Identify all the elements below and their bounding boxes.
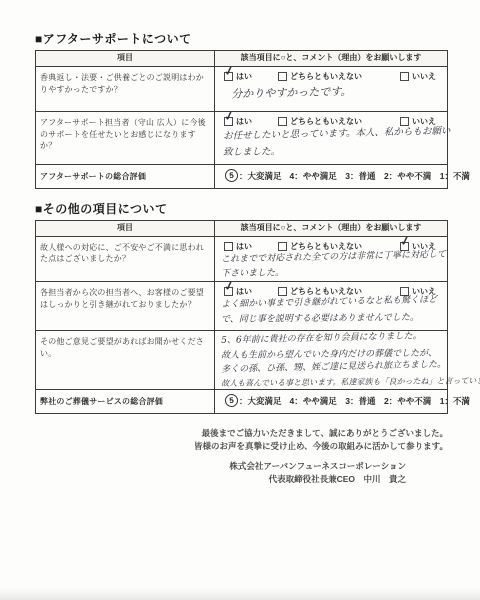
question-text: アフターサポート担当者（守山 広人）に今後のサポートを任せたいとお感じになります… — [36, 112, 214, 157]
company-name: 株式会社アーバンフューネスコーポレーション — [35, 460, 406, 473]
other-items-table: 項目 該当項目に○と、コメント（理由）をお願いします 故人様への対応に、ご不安や… — [35, 220, 448, 414]
option-yes-label: はい — [236, 241, 252, 252]
rating-scale: 5：大変満足4：やや満足 3：普通 2：やや不満 1：不満 — [215, 165, 447, 185]
rating-scale: 5：大変満足4：やや満足 3：普通 2：やや不満 1：不満 — [215, 390, 447, 410]
rating-row-after-support: アフターサポートの総合評価 5：大変満足4：やや満足 3：普通 2：やや不満 1… — [36, 165, 448, 189]
page-content: ■アフターサポートについて 項目 該当項目に○と、コメント（理由）をお願いします… — [0, 0, 480, 486]
handwritten-comment-line4: 故人も喜んでいる事と思います。私達家族も「良かったね」と言っています。 — [215, 375, 447, 390]
rating-5-label: ：大変満足 — [239, 170, 282, 182]
table-header-row: 項目 該当項目に○と、コメント（理由）をお願いします — [36, 220, 448, 236]
column-header-instruction: 該当項目に○と、コメント（理由）をお願いします — [215, 51, 448, 67]
thanks-line-1: 最後までご協力いただきまして、誠にありがとうございました。 — [35, 427, 448, 440]
rating-other-options: 4：やや満足 3：普通 2：やや不満 1：不満 — [290, 395, 470, 407]
checkbox-yes-checked: ✓ — [224, 117, 233, 126]
handwritten-comment-line2: で、同じ事を説明する必要はありませんでした。 — [215, 309, 447, 326]
question-text: 各担当者から次の担当者へ、お客様のご要望はしっかりと引き継がれておりましたか？ — [36, 282, 214, 315]
question-row-handover: 各担当者から次の担当者へ、お客様のご要望はしっかりと引き継がれておりましたか？ … — [36, 281, 448, 330]
column-header-instruction: 該当項目に○と、コメント（理由）をお願いします — [215, 220, 448, 236]
section-title-after-support: ■アフターサポートについて — [35, 30, 448, 47]
question-row-entrust-support: アフターサポート担当者（守山 広人）に今後のサポートを任せたいとお感じになります… — [36, 112, 448, 165]
question-row-deceased-care: 故人様への対応に、ご不安やご不満に思われた点はございましたか？ はい どちらとも… — [36, 236, 448, 281]
handwritten-comment: 分かりやすかったです。 — [215, 77, 447, 103]
checkbox-yes — [224, 242, 233, 251]
question-row-free-comments: その他ご意見ご要望があればお聞かせください。 5、6年前に貴社の存在を知り会員に… — [36, 330, 448, 389]
rating-5-label: ：大変満足 — [239, 395, 282, 407]
handwritten-comment-line2: 下さいました。 — [215, 264, 447, 281]
closing-message: 最後までご協力いただきまして、誠にありがとうございました。 皆様のお声を真摯に受… — [35, 427, 448, 486]
ceo-signature: 代表取締役社長兼CEO 中川 貴之 — [35, 473, 406, 486]
question-row-explanation: 香典返し・法要・ご供養ごとのご説明はわかりやすかったですか？ ✓ はい どちらと… — [36, 67, 448, 112]
circled-rating-5: 5 — [225, 169, 239, 183]
check-mark-icon: ✓ — [399, 234, 411, 248]
column-header-item: 項目 — [36, 51, 215, 67]
section-title-other-items: ■その他の項目について — [35, 200, 448, 217]
checkbox-neutral — [278, 242, 287, 251]
option-yes: はい — [224, 241, 252, 252]
check-mark-icon: ✓ — [223, 64, 235, 78]
rating-label: アフターサポートの総合評価 — [36, 165, 214, 188]
question-text: 香典返し・法要・ご供養ごとのご説明はわかりやすかったですか？ — [36, 67, 214, 100]
rating-label: 弊社のご葬儀サービスの総合評価 — [36, 390, 214, 413]
thanks-line-2: 皆様のお声を真摯に受け止め、今後の取組みに活かして参ります。 — [35, 440, 448, 453]
check-mark-icon: ✓ — [223, 109, 235, 123]
checkbox-yes-checked: ✓ — [224, 287, 233, 296]
circled-rating-5: 5 — [225, 394, 239, 408]
column-header-item: 項目 — [36, 220, 215, 236]
handwritten-comment-line2: 致しました。 — [215, 141, 447, 160]
question-text: その他ご意見ご要望があればお聞かせください。 — [36, 331, 214, 364]
question-text: 故人様への対応に、ご不安やご不満に思われた点はございましたか？ — [36, 237, 214, 270]
check-mark-icon: ✓ — [223, 279, 235, 293]
rating-other-options: 4：やや満足 3：普通 2：やや不満 1：不満 — [290, 170, 470, 182]
checkbox-yes-checked: ✓ — [224, 72, 233, 81]
rating-row-funeral-service: 弊社のご葬儀サービスの総合評価 5：大変満足4：やや満足 3：普通 2：やや不満… — [36, 390, 448, 414]
after-support-table: 項目 該当項目に○と、コメント（理由）をお願いします 香典返し・法要・ご供養ごと… — [35, 50, 448, 189]
scanned-survey-page: ■アフターサポートについて 項目 該当項目に○と、コメント（理由）をお願いします… — [0, 0, 480, 600]
table-header-row: 項目 該当項目に○と、コメント（理由）をお願いします — [36, 51, 448, 67]
